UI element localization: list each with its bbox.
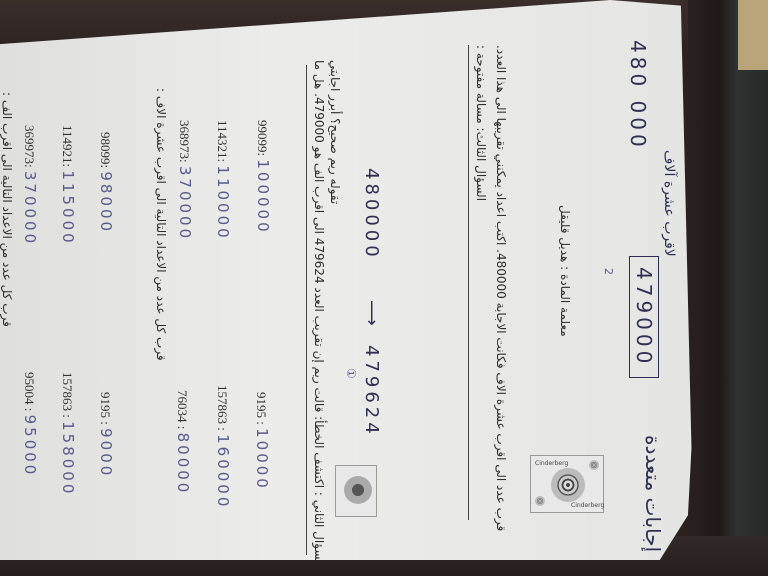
worksheet-logo-thumbnail — [335, 465, 377, 517]
question2-subtitle: تقوله ريم صحيح؟ أبرر اجابتي — [328, 60, 342, 204]
section2-instruction: قرب كل عدد من الاعداد التالية الى اقرب ع… — [154, 88, 168, 361]
section2-item: 368973: 370000 — [176, 120, 195, 241]
question2-handwritten-arrow: ⟶ — [361, 300, 382, 330]
divider — [468, 45, 469, 520]
section1-item: 157863 : 158000 — [59, 372, 78, 496]
question3-handwritten-note: لاقرب عشرة آلاف — [661, 150, 680, 257]
section1-instruction: قرب كل عدد من الاعداد التالية الى اقرب ا… — [0, 92, 14, 327]
question2-handwritten-work: 479624 — [361, 345, 382, 438]
divider — [306, 65, 307, 555]
spiral-thumbnail: Cinderberg Cinderberg — [530, 455, 604, 513]
question3-title: السؤال الثالث: مسالة مفتوحة : — [474, 45, 488, 201]
thumbnail-label: Cinderberg — [571, 502, 604, 509]
section2-item: 99099: 100000 — [254, 120, 273, 235]
question2-marker: ① — [343, 368, 362, 382]
question2-title: السؤال الثاني : اكتشف الخطأ: قالت ريم إن… — [312, 60, 326, 567]
question3-handwritten-answer: 480 000 — [626, 40, 650, 151]
background-corner — [738, 0, 768, 70]
section1-item: 95004 : 95000 — [21, 372, 40, 477]
teacher-name: معلمة المادة : هديل قليقل — [558, 205, 572, 337]
question3-multiple-answers-note: إجابات متعددة — [641, 435, 665, 552]
section1-item: 369973: 370000 — [21, 125, 40, 246]
thumbnail-label: Cinderberg — [535, 460, 568, 467]
section2-item: 76034 : 80000 — [174, 390, 193, 495]
section1-item: 9195 : 9000 — [97, 392, 116, 478]
logo-image — [344, 476, 372, 504]
background-surface-right — [688, 0, 768, 576]
question3-boxed-answer: 479000 — [632, 256, 656, 378]
section1-item: 114921: 115000 — [59, 125, 78, 246]
spiral-image — [551, 468, 585, 502]
question3-marker: 2 — [601, 268, 620, 275]
worksheet-paper: قرب كل عدد من الاعداد التالية الى اقرب ا… — [0, 0, 695, 560]
section2-item: 9195 : 10000 — [253, 392, 272, 491]
section1-item: 98099: 98000 — [97, 132, 116, 234]
question3-body: قرب عدد الى اقرب عشرة الاف فكانت الاجابة… — [494, 45, 508, 531]
question2-handwritten-answer: 480000 — [361, 168, 382, 261]
section2-item: 157863 : 160000 — [214, 385, 233, 509]
section2-item: 114321: 110000 — [214, 120, 233, 241]
